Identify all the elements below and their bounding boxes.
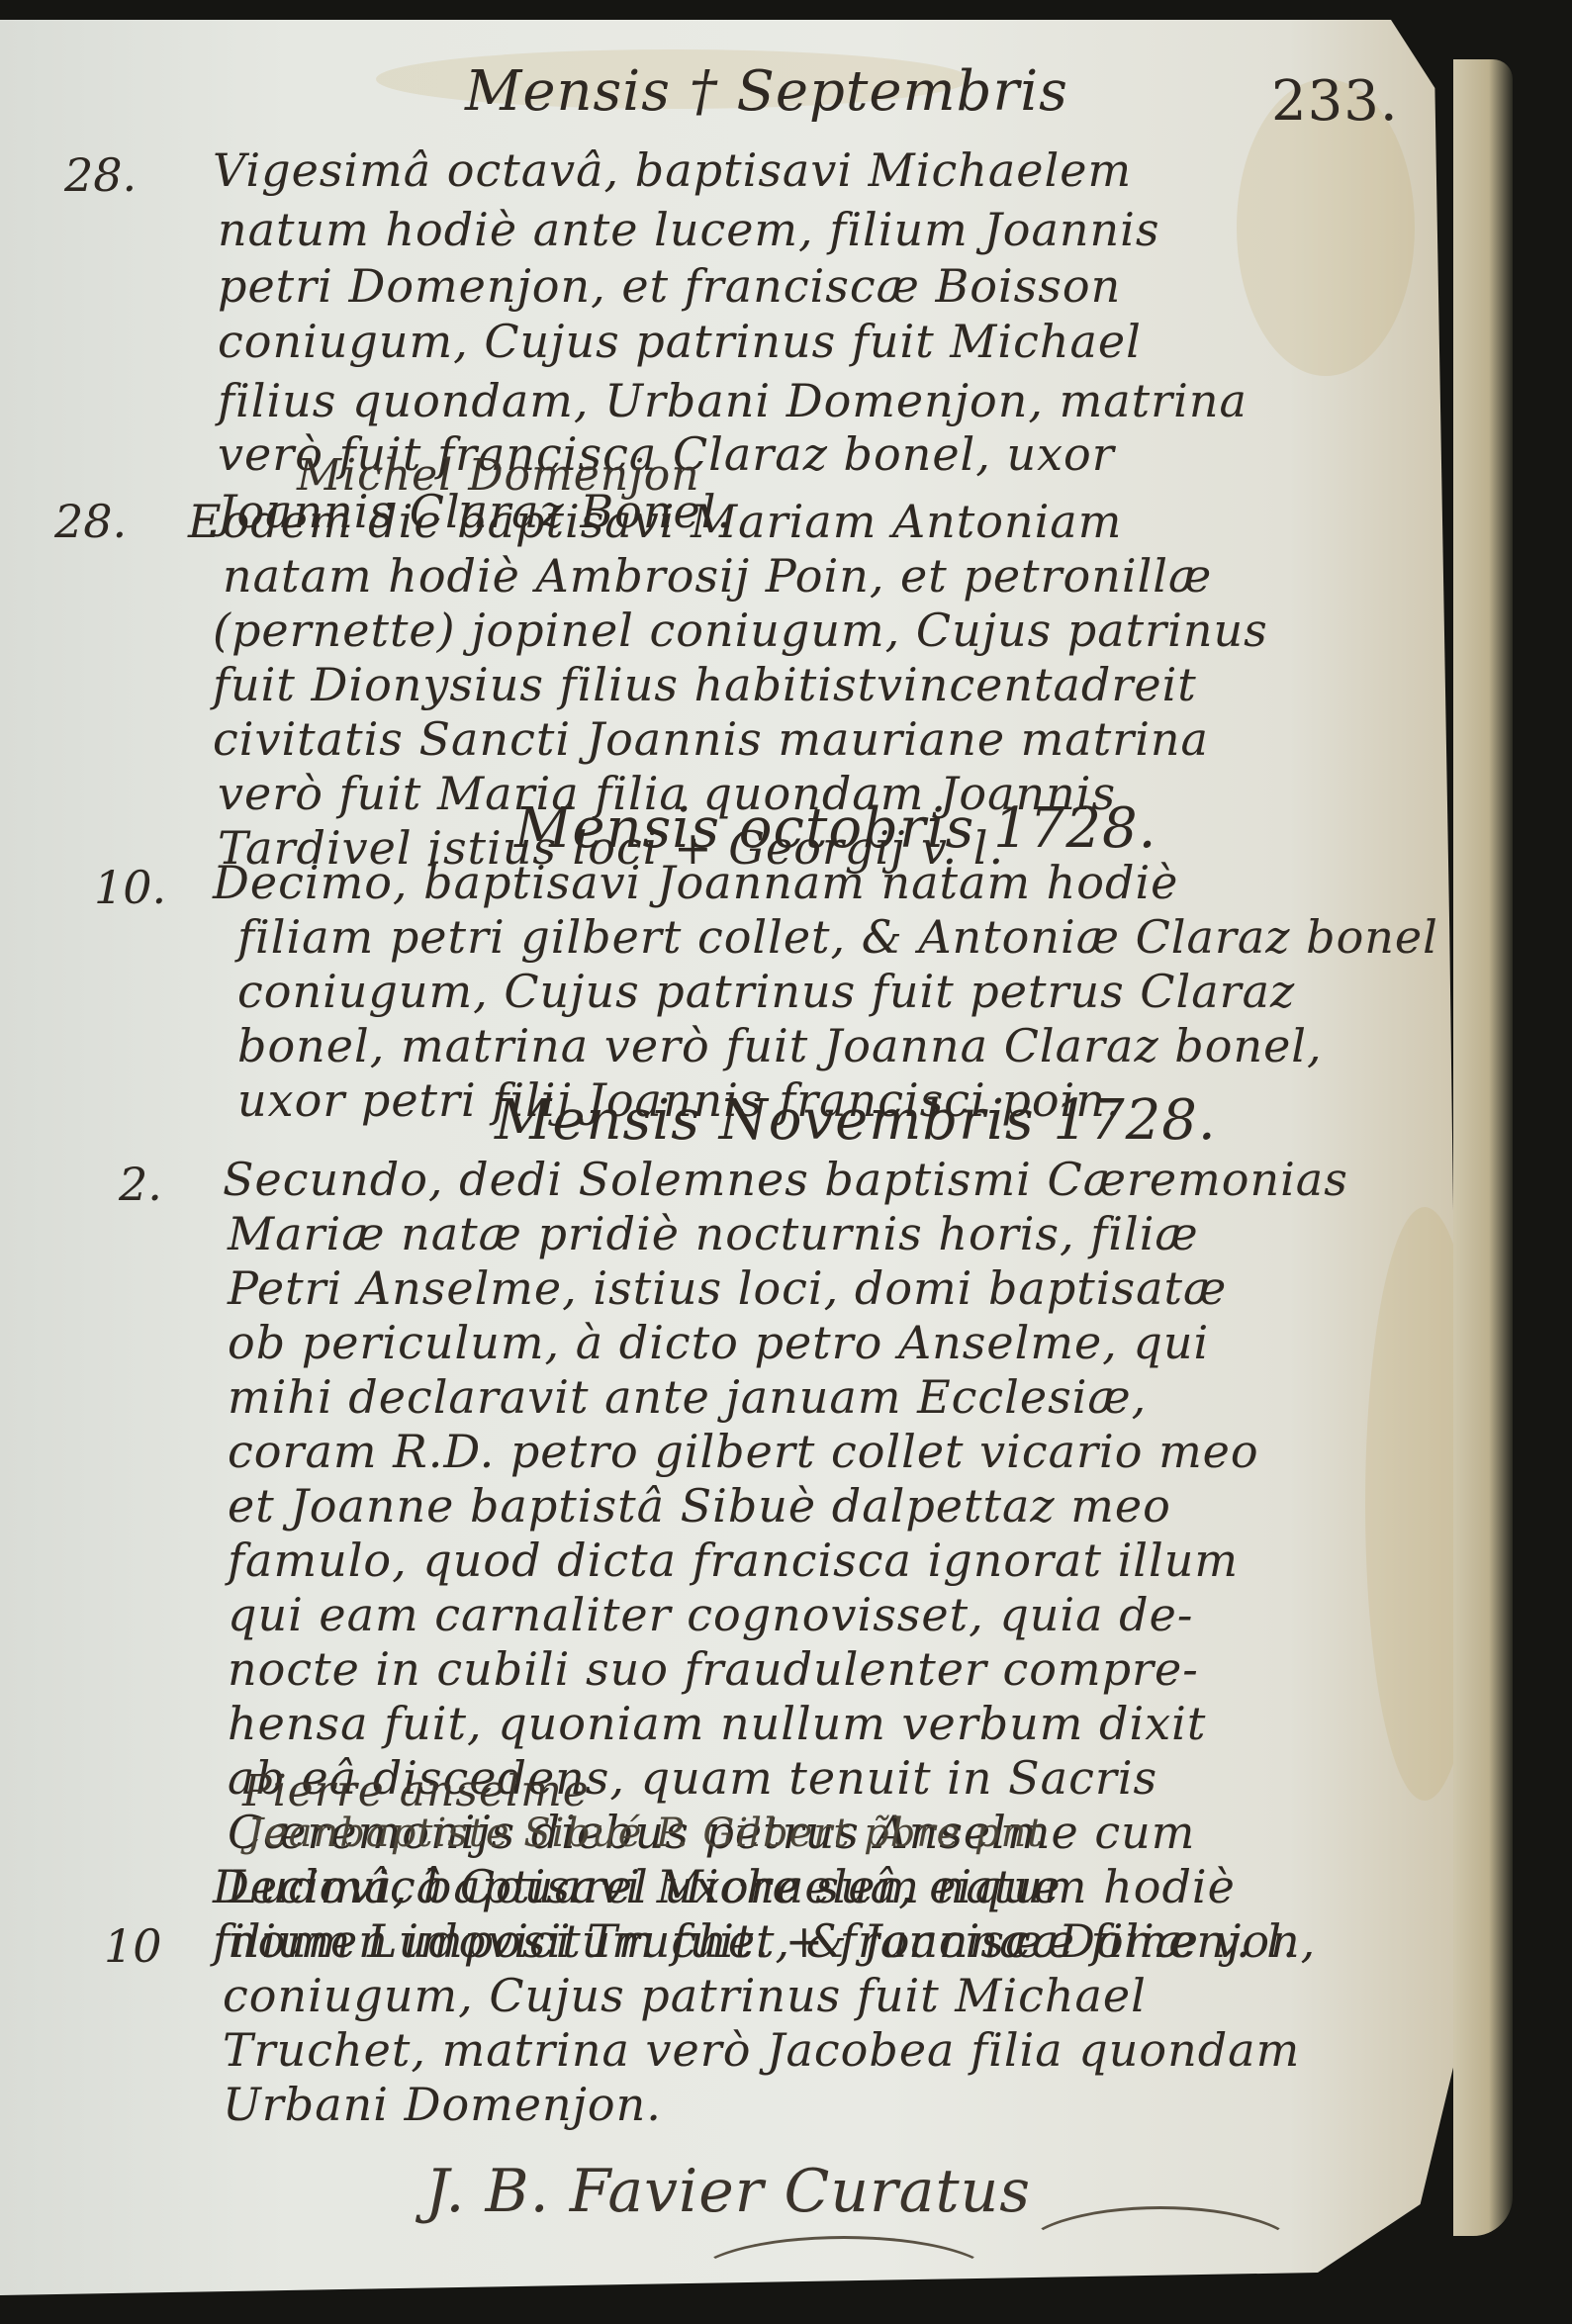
entry-line: coniugum, Cujus patrinus fuit petrus Cla… xyxy=(237,965,1295,1018)
entry-line: ob periculum, à dicto petro Anselme, qui xyxy=(228,1316,1209,1369)
entry-number: 10 xyxy=(104,1919,162,1973)
curate-signature: J. B. Favier Curatus xyxy=(425,2157,1031,2226)
entry-line: Vigesimâ octavâ, baptisavi Michaelem xyxy=(213,143,1132,197)
entry-line: bonel, matrina verò fuit Joanna Claraz b… xyxy=(237,1019,1323,1072)
entry-line: fuit Dionysius filius habitistvincentadr… xyxy=(213,658,1197,711)
witness-signature: Michel Domenjon xyxy=(297,450,700,501)
entry-line: coram R.D. petro gilbert collet vicario … xyxy=(228,1425,1259,1478)
entry-line: Eodem die baptisavi Mariam Antoniam xyxy=(188,495,1122,548)
entry-number: 28. xyxy=(54,495,127,548)
entry-line: Truchet, matrina verò Jacobea filia quon… xyxy=(223,2023,1300,2077)
entry-line: filius quondam, Urbani Domenjon, matrina xyxy=(218,374,1248,427)
entry-line: qui eam carnaliter cognovisset, quia de- xyxy=(228,1588,1193,1641)
entry-line: Urbani Domenjon. xyxy=(223,2078,662,2131)
entry-line: filiam petri gilbert collet, & Antoniæ C… xyxy=(237,910,1438,964)
entry-line: petri Domenjon, et franciscæ Boisson xyxy=(218,259,1121,313)
entry-line: Mariæ natæ pridiè nocturnis horis, filiæ xyxy=(228,1207,1199,1260)
signature-flourish xyxy=(693,2236,995,2321)
page-number: 233. xyxy=(1271,69,1399,134)
entry-line: coniugum, Cujus patrinus fuit Michael xyxy=(223,1969,1147,2022)
entry-line: Decimâ, baptisavi Michaelem natum hodiè xyxy=(213,1860,1236,1913)
entry-line: et Joanne baptistâ Sibuè dalpettaz meo xyxy=(228,1479,1171,1533)
entry-line: coniugum, Cujus patrinus fuit Michael xyxy=(218,315,1142,368)
entry-line: (pernette) jopinel coniugum, Cujus patri… xyxy=(213,604,1268,657)
entry-number: 2. xyxy=(119,1158,162,1211)
section-heading: Mensis † Septembris xyxy=(465,59,1068,124)
entry-line: civitatis Sancti Joannis mauriane matrin… xyxy=(213,712,1209,766)
entry-line: mihi declaravit ante januam Ecclesiæ, xyxy=(228,1370,1147,1424)
entry-line: Secundo, dedi Solemnes baptismi Cæremoni… xyxy=(223,1153,1348,1206)
entry-line: Petri Anselme, istius loci, domi baptisa… xyxy=(228,1261,1227,1315)
entry-number: 10. xyxy=(94,861,166,914)
entry-line: nocte in cubili suo fraudulenter compre- xyxy=(228,1642,1199,1696)
section-heading: Mensis octobris 1728. xyxy=(514,796,1156,861)
entry-line: natum hodiè ante lucem, filium Joannis xyxy=(218,203,1159,256)
entry-line: Decimo, baptisavi Joannam natam hodiè xyxy=(213,856,1178,909)
entry-line: natam hodiè Ambrosij Poin, et petronillæ xyxy=(223,549,1212,603)
signature-flourish xyxy=(1019,2206,1302,2301)
entry-line: filium Ludovici Truchet, & Joannæ Domenj… xyxy=(213,1914,1316,1968)
entry-line: famulo, quod dicta francisca ignorat ill… xyxy=(228,1534,1239,1587)
section-heading: Mensis Novembris 1728. xyxy=(495,1088,1217,1153)
page-edge xyxy=(1453,59,1513,2236)
witness-signature: Pierre anselme xyxy=(242,1766,590,1816)
entry-number: 28. xyxy=(64,148,137,202)
witness-signature: Jeanbaptiste Sibué P. Gilbert p̃bre pnt xyxy=(247,1811,1044,1856)
entry-line: hensa fuit, quoniam nullum verbum dixit xyxy=(228,1697,1206,1750)
